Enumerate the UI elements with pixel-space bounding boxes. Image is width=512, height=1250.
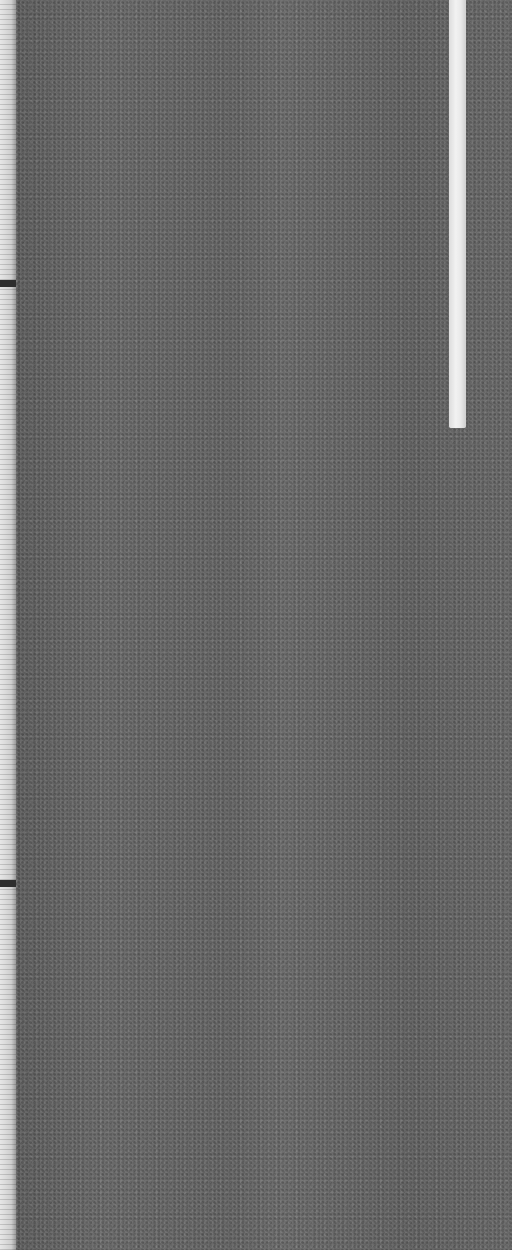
curb-seam	[0, 280, 16, 287]
curb-strip	[0, 0, 16, 1250]
asphalt-texture	[0, 0, 512, 1250]
lane-marking-dash	[449, 0, 466, 428]
asphalt-road-photo	[0, 0, 512, 1250]
curb-seam	[0, 880, 16, 887]
